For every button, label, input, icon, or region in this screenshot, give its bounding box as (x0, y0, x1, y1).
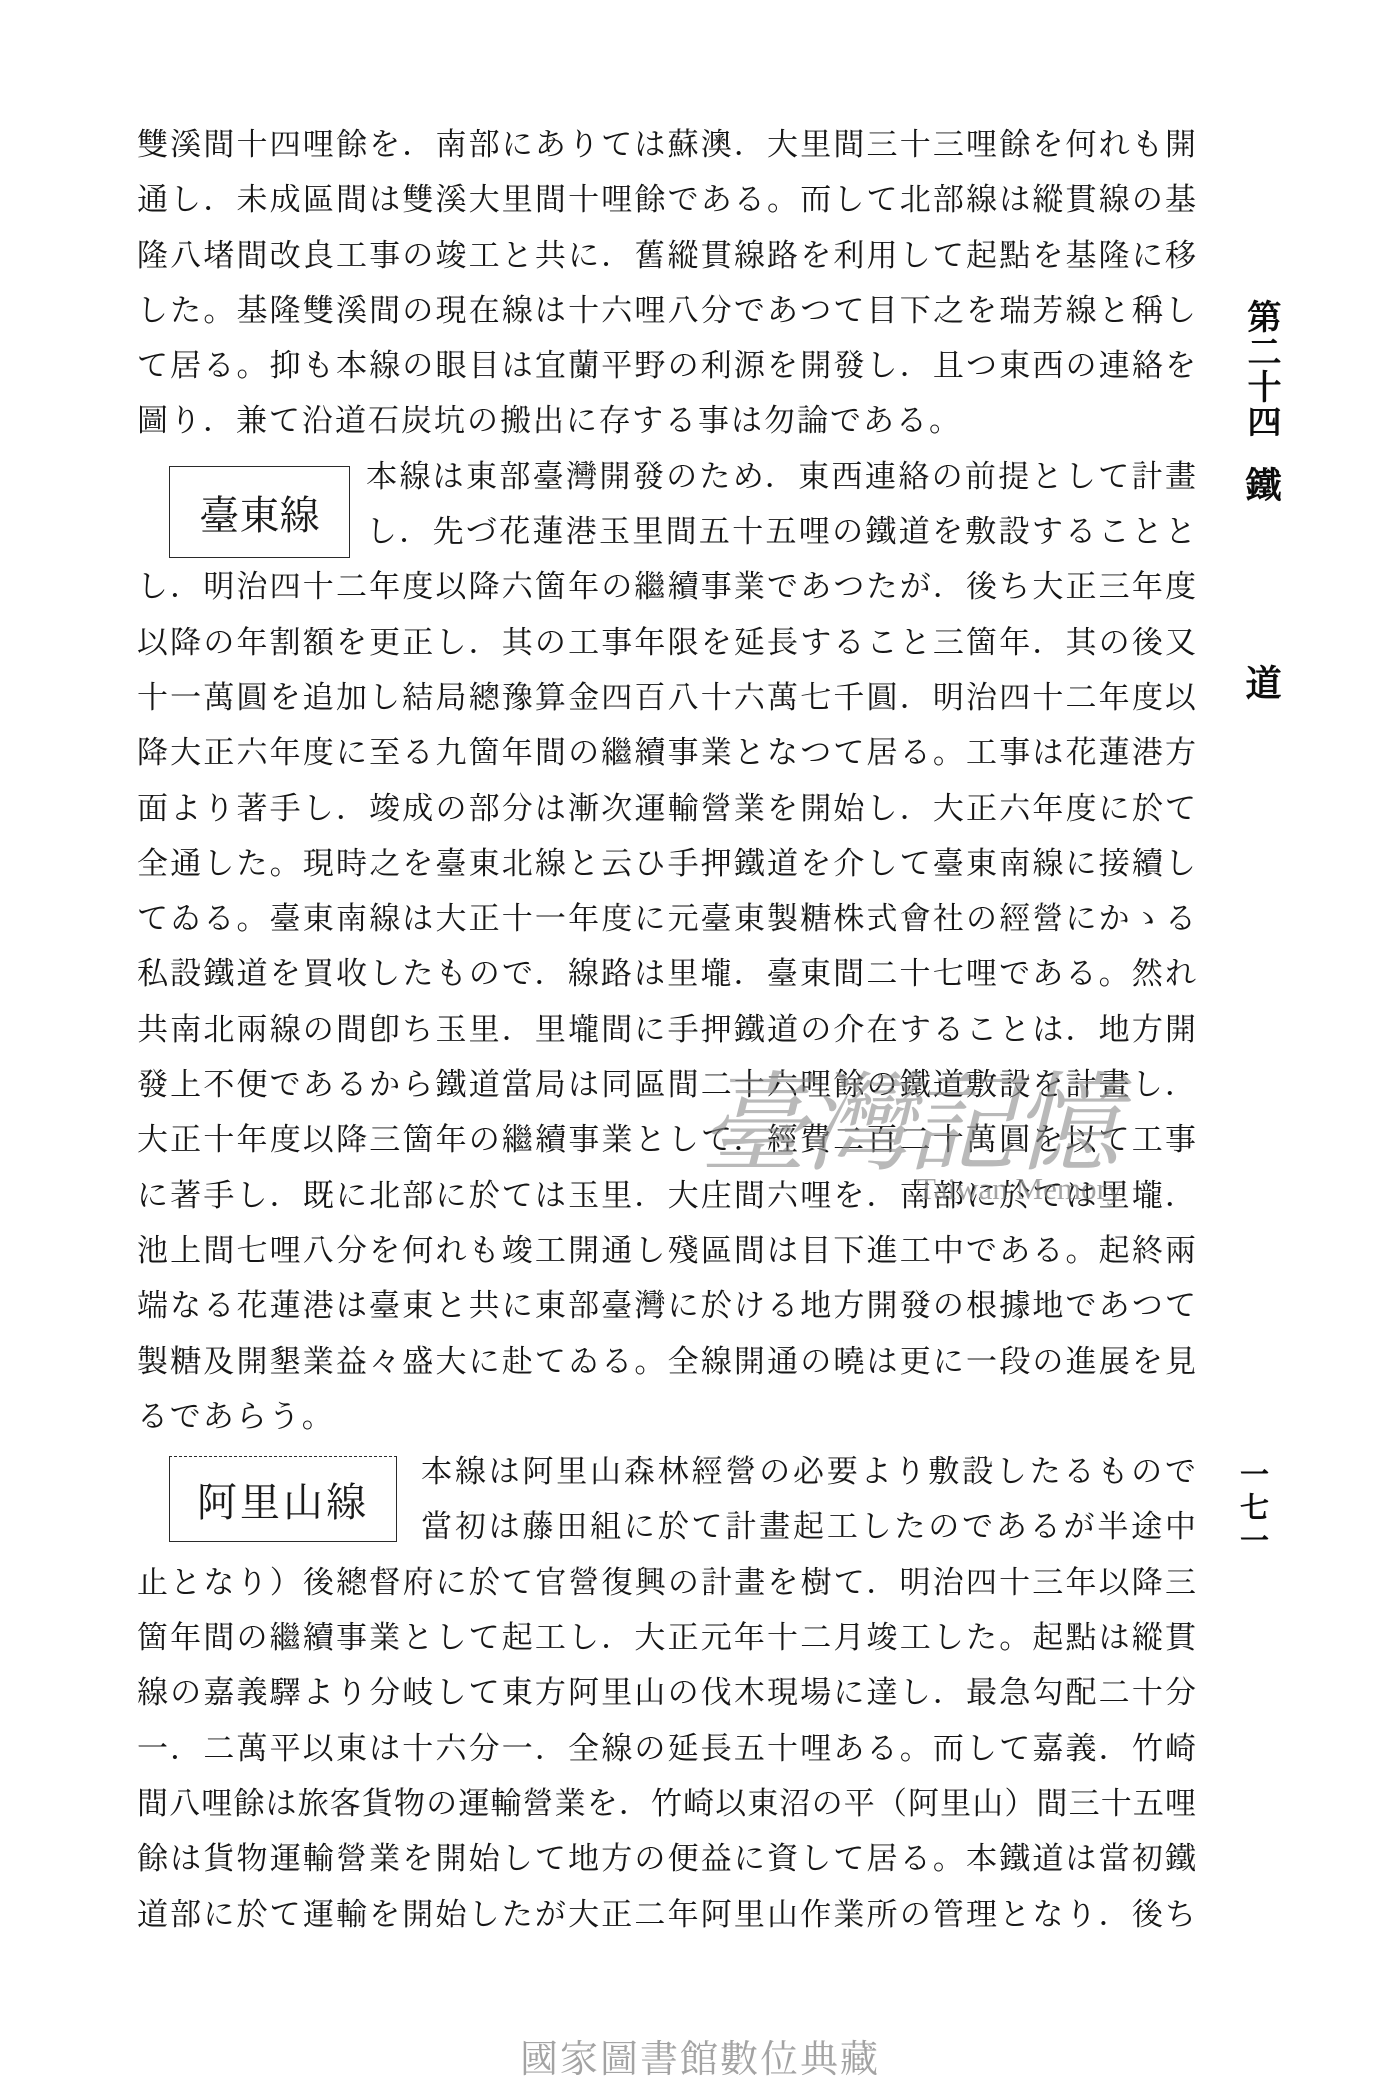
text-line: した。基隆雙溪間の現在線は十六哩八分であつて目下之を瑞芳線と稱し (137, 284, 1196, 339)
text-line: 端なる花蓮港は臺東と共に東部臺灣に於ける地方開發の根據地であつて (137, 1279, 1196, 1334)
text-line: 隆八堵間改良工事の竣工と共に．舊縱貫線路を利用して起點を基隆に移 (137, 229, 1196, 284)
text-line: 面より著手し．竣成の部分は漸次運輸營業を開始し．大正六年度に於て (137, 782, 1196, 837)
text-line: 私設鐵道を買收したもので．線路は里壠．臺東間二十七哩である。然れ (137, 947, 1196, 1002)
page-number: 一七一 (1238, 1459, 1268, 1558)
text-line: 圖り．兼て沿道石炭坑の搬出に存する事は勿論である。 (137, 394, 1196, 449)
text-line: 共南北兩線の間卽ち玉里．里壠間に手押鐵道の介在することは．地方開 (137, 1003, 1196, 1058)
text-line: 間八哩餘は旅客貨物の運輸營業を．竹崎以東沼の平（阿里山）間三十五哩 (137, 1777, 1196, 1832)
text-line: 全通した。現時之を臺東北線と云ひ手押鐵道を介して臺東南線に接續し (137, 837, 1196, 892)
text-line: 箇年間の繼續事業として起工し．大正元年十二月竣工した。起點は縱貫 (137, 1611, 1196, 1666)
watermark-caption: Taiwan Memory (917, 1172, 1122, 1206)
text-line: 止となり）後總督府に於て官營復興の計畫を樹て．明治四十三年以降三 (137, 1556, 1196, 1611)
text-line: 一．二萬平以東は十六分一．全線の延長五十哩ある。而して嘉義．竹崎 (137, 1722, 1196, 1777)
text-line: 通し．未成區間は雙溪大里間十哩餘である。而して北部線は縱貫線の基 (137, 173, 1196, 228)
body-text: 雙溪間十四哩餘を．南部にありては蘇澳．大里間三十三哩餘を何れも開 通し．未成區間… (137, 118, 1196, 1943)
text-line: 池上間七哩八分を何れも竣工開通し殘區間は目下進工中である。起終兩 (137, 1224, 1196, 1279)
text-line: 雙溪間十四哩餘を．南部にありては蘇澳．大里間三十三哩餘を何れも開 (137, 118, 1196, 173)
text-line: し．明治四十二年度以降六箇年の繼續事業であつたが．後ち大正三年度 (137, 560, 1196, 615)
text-line: 製糖及開墾業益々盛大に赴てゐる。全線開通の曉は更に一段の進展を見 (137, 1335, 1196, 1390)
book-page: 雙溪間十四哩餘を．南部にありては蘇澳．大里間三十三哩餘を何れも開 通し．未成區間… (0, 0, 1400, 2100)
chapter-title-first-char: 鐵 (1242, 466, 1280, 502)
section-heading-taitung-line: 臺東線 (169, 466, 350, 558)
text-line: 線の嘉義驛より分岐して東方阿里山の伐木現場に達し．最急勾配二十分 (137, 1666, 1196, 1721)
text-line: て居る。抑も本線の眼目は宜蘭平野の利源を開發し．且つ東西の連絡を (137, 339, 1196, 394)
footer-credit: 國家圖書館數位典藏 (0, 2036, 1400, 2082)
text-line: 十一萬圓を追加し結局總豫算金四百八十六萬七千圓．明治四十二年度以 (137, 671, 1196, 726)
chapter-number: 第二十四 (1242, 299, 1280, 439)
section-heading-alishan-line: 阿里山線 (169, 1456, 397, 1542)
text-line: 以降の年割額を更正し．其の工事年限を延長すること三箇年．其の後又 (137, 616, 1196, 671)
text-line: るであらう。 (137, 1390, 1196, 1445)
text-line: 降大正六年度に至る九箇年間の繼續事業となつて居る。工事は花蓮港方 (137, 726, 1196, 781)
text-line: てゐる。臺東南線は大正十一年度に元臺東製糖株式會社の經營にかゝる (137, 892, 1196, 947)
text-line: 餘は貨物運輸營業を開始して地方の便益に資して居る。本鐵道は當初鐵 (137, 1832, 1196, 1887)
chapter-title-second-char: 道 (1242, 664, 1280, 700)
text-line: 道部に於て運輸を開始したが大正二年阿里山作業所の管理となり．後ち (137, 1888, 1196, 1943)
